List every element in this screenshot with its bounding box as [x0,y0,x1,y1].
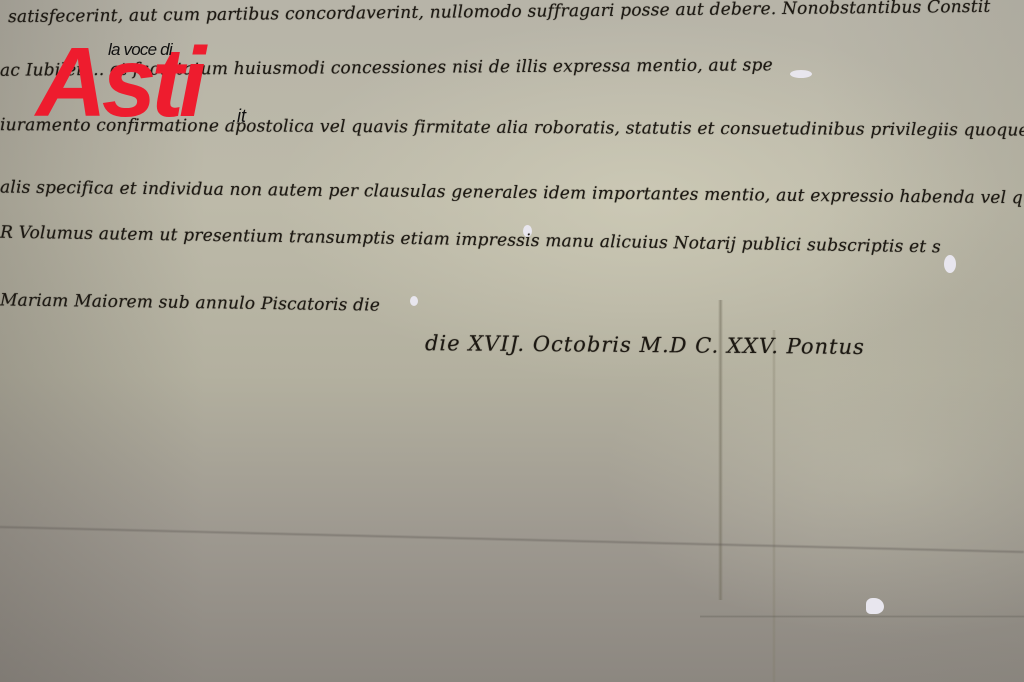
paper-speck [944,255,956,273]
logo-tagline: la voce di [108,40,172,60]
manuscript-line: Mariam Maiorem sub annulo Piscatoris die [0,290,380,315]
manuscript-line: satisfecerint, aut cum partibus concorda… [8,0,991,27]
manuscript-photo: satisfecerint, aut cum partibus concorda… [0,0,1024,682]
site-logo: Asti la voce di .it [36,36,256,136]
manuscript-date-line: die XVIJ. Octobris M.D C. XXV. Pontus [425,331,865,359]
paper-speck [410,296,418,306]
paper-speck [790,70,812,78]
manuscript-line: R Volumus autem ut presentium transumpti… [0,223,941,258]
logo-tld: .it [232,106,246,127]
fold-crease-vertical [772,330,776,682]
paper-speck [866,598,884,614]
fold-crease-horizontal [700,615,1024,618]
fold-crease-horizontal [0,525,1024,554]
manuscript-line: alis specifica et individua non autem pe… [0,177,1024,208]
